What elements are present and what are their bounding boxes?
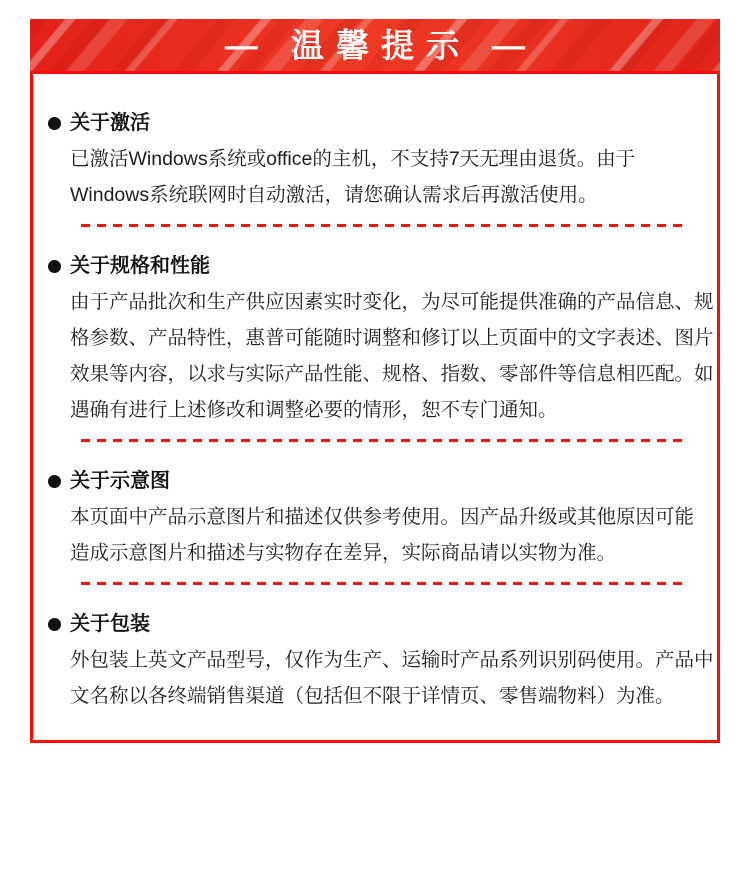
section-title-row: 关于包装	[48, 607, 691, 641]
bullet-icon	[48, 260, 61, 273]
section-activation: 关于激活 已激活Windows系统或office的主机，不支持7天无理由退货。由…	[48, 106, 691, 227]
section-diagram: 关于示意图 本页面中产品示意图片和描述仅供参考使用。因产品升级或其他原因可能 造…	[48, 442, 691, 585]
tips-banner: — 温馨提示 —	[30, 19, 720, 71]
section-body: 本页面中产品示意图片和描述仅供参考使用。因产品升级或其他原因可能 造成示意图片和…	[70, 499, 691, 571]
tips-box: 关于激活 已激活Windows系统或office的主机，不支持7天无理由退货。由…	[30, 71, 720, 743]
section-body: 外包装上英文产品型号，仅作为生产、运输时产品系列识别码使用。产品中 文名称以各终…	[70, 642, 691, 714]
section-title: 关于激活	[70, 106, 150, 140]
bullet-icon	[48, 117, 61, 130]
section-title: 关于规格和性能	[70, 249, 210, 283]
section-title-row: 关于激活	[48, 106, 691, 140]
banner-title: — 温馨提示 —	[213, 29, 537, 62]
bullet-icon	[48, 475, 61, 488]
section-body: 由于产品批次和生产供应因素实时变化，为尽可能提供准确的产品信息、规 格参数、产品…	[70, 284, 691, 428]
bullet-icon	[48, 618, 61, 631]
section-title-row: 关于规格和性能	[48, 249, 691, 283]
section-body: 已激活Windows系统或office的主机，不支持7天无理由退货。由于 Win…	[70, 141, 691, 213]
section-title-row: 关于示意图	[48, 464, 691, 498]
section-specs-performance: 关于规格和性能 由于产品批次和生产供应因素实时变化，为尽可能提供准确的产品信息、…	[48, 227, 691, 442]
section-title: 关于包装	[70, 607, 150, 641]
tips-page: — 温馨提示 — 关于激活 已激活Windows系统或office的主机，不支持…	[0, 0, 750, 875]
section-packaging: 关于包装 外包装上英文产品型号，仅作为生产、运输时产品系列识别码使用。产品中 文…	[48, 585, 691, 714]
section-title: 关于示意图	[70, 464, 170, 498]
